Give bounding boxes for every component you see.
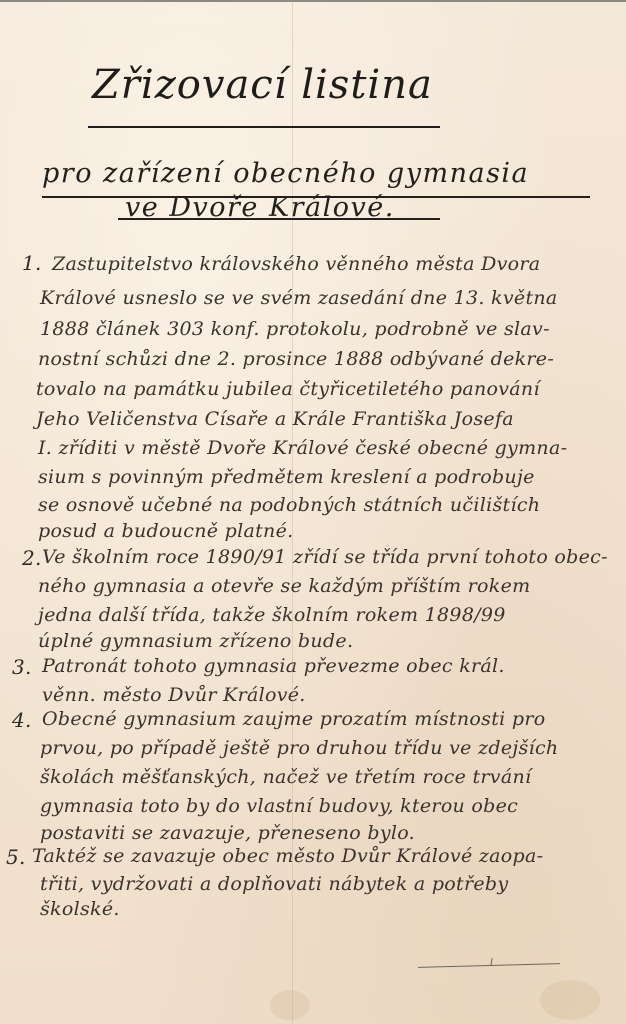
paragraph-number: 1.: [22, 251, 42, 275]
paragraph-line: prvou, po případě ještě pro druhou třídu…: [40, 737, 558, 759]
document-subtitle-line1: pro zařízení obecného gymnasia: [42, 158, 529, 189]
title-underline: [88, 126, 440, 128]
paper-stain: [540, 980, 600, 1020]
paragraph-line: se osnově učebné na podobných státních u…: [38, 494, 540, 516]
paragraph-line: posud a budoucně platné.: [38, 520, 293, 542]
paragraph-line: Jeho Veličenstva Císaře a Krále Františk…: [36, 408, 514, 430]
paragraph-line: Zastupitelstvo královského věnného města…: [52, 253, 540, 275]
paper-stain: [270, 990, 310, 1020]
document-page: Zřizovací listina pro zařízení obecného …: [0, 0, 626, 1024]
paragraph-line: sium s povinným předmětem kreslení a pod…: [38, 466, 535, 488]
document-title: Zřizovací listina: [92, 62, 433, 108]
paragraph-line: školské.: [40, 898, 120, 920]
paragraph-number: 2.: [22, 546, 42, 570]
paragraph-line: třiti, vydržovati a doplňovati nábytek a…: [40, 873, 508, 895]
paragraph-number: 5.: [6, 845, 26, 869]
paragraph-line: gymnasia toto by do vlastní budovy, kter…: [40, 795, 518, 817]
paragraph-line: nostní schůzi dne 2. prosince 1888 odbýv…: [38, 348, 554, 370]
paragraph-line: věnn. město Dvůr Králové.: [42, 684, 306, 706]
paragraph-number: 3.: [12, 655, 32, 679]
paragraph-line: 1888 článek 303 konf. protokolu, podrobn…: [40, 318, 550, 340]
paragraph-line: Obecné gymnasium zaujme prozatím místnos…: [42, 708, 545, 730]
paragraph-line: postaviti se zavazuje, přeneseno bylo.: [40, 822, 415, 844]
closing-flourish-line: [418, 963, 560, 974]
paragraph-line: jedna další třída, takže školním rokem 1…: [38, 604, 506, 626]
paragraph-number: 4.: [12, 708, 32, 732]
subtitle-underline-2: [118, 218, 440, 220]
paragraph-line: školách měšťanských, načež ve třetím roc…: [40, 766, 531, 788]
paragraph-line: Ve školním roce 1890/91 zřídí se třída p…: [42, 546, 608, 568]
paragraph-line: Taktéž se zavazuje obec město Dvůr Králo…: [32, 845, 543, 867]
scan-top-edge: [0, 0, 626, 2]
paragraph-line: tovalo na památku jubilea čtyřicetiletéh…: [36, 378, 540, 400]
paragraph-line: I. zříditi v městě Dvoře Králové české o…: [38, 437, 567, 459]
paragraph-line: ného gymnasia a otevře se každým příštím…: [38, 575, 530, 597]
paragraph-line: úplné gymnasium zřízeno bude.: [38, 630, 353, 652]
paragraph-line: Králové usneslo se ve svém zasedání dne …: [40, 287, 558, 309]
paragraph-line: Patronát tohoto gymnasia převezme obec k…: [42, 655, 505, 677]
